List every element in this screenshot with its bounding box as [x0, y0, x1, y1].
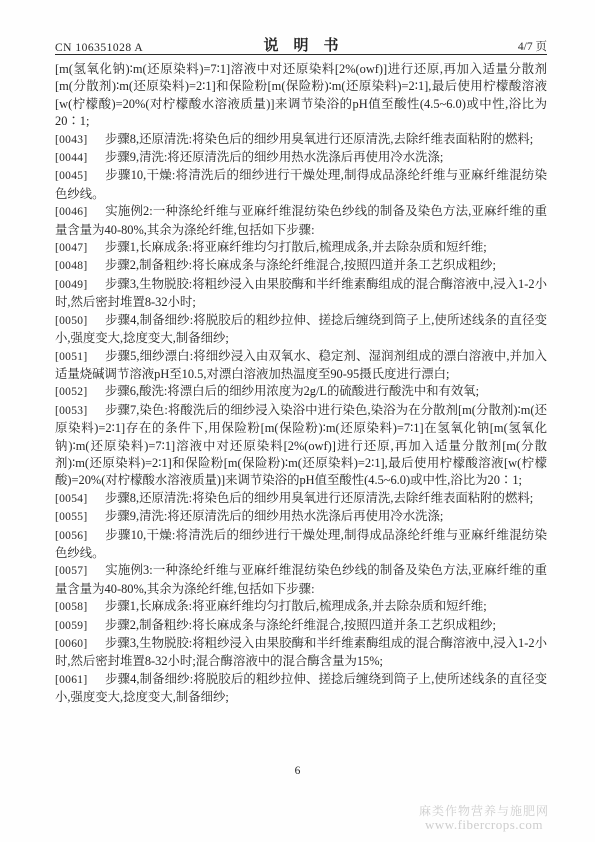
paragraph-text: 步骤6,酸洗:将漂白后的细纱用浓度为2g/L的硫酸进行酸洗中和有效氧;: [105, 384, 479, 398]
header-divider: [55, 54, 547, 55]
paragraph: [0043]步骤8,还原清洗:将染色后的细纱用臭氧进行还原清洗,去除纤维表面粘附…: [55, 131, 547, 149]
page-number: 6: [0, 765, 595, 777]
watermark-site-url: www.fibercrops.com: [419, 818, 549, 831]
paragraph-number: [0052]: [55, 384, 105, 401]
paragraph-text: 实施例3:一种涤纶纤维与亚麻纤维混纺染色纱线的制备及染色方法,亚麻纤维的重量含量…: [55, 563, 547, 595]
paragraph-text: 步骤7,染色:将酸洗后的细纱浸入染浴中进行染色,染浴为在分散剂[m(分散剂)∶m…: [55, 403, 547, 488]
paragraph-text: 步骤1,长麻成条:将亚麻纤维均匀打散后,梳理成条,并去除杂质和短纤维;: [105, 599, 487, 613]
paragraph: [0054]步骤8,还原清洗:将染色后的细纱用臭氧进行还原清洗,去除纤维表面粘附…: [55, 490, 547, 508]
paragraph-number: [0057]: [55, 563, 105, 580]
paragraph: [0053]步骤7,染色:将酸洗后的细纱浸入染浴中进行染色,染浴为在分散剂[m(…: [55, 402, 547, 490]
paragraph-number: [0058]: [55, 599, 105, 616]
paragraph: [0045]步骤10,干燥:将清洗后的细纱进行干燥处理,制得成品涤纶纤维与亚麻纤…: [55, 167, 547, 203]
paragraph: [0048]步骤2,制备粗纱:将长麻成条与涤纶纤维混合,按照四道并条工艺织成粗纱…: [55, 257, 547, 275]
paragraph: [0044]步骤9,清洗:将还原清洗后的细纱用热水洗涤后再使用冷水洗涤;: [55, 149, 547, 167]
paragraph-number: [0056]: [55, 528, 105, 545]
paragraph: [0047]步骤1,长麻成条:将亚麻纤维均匀打散后,梳理成条,并去除杂质和短纤维…: [55, 239, 547, 257]
paragraph-number: [0059]: [55, 618, 105, 635]
specification-body: [m(氢氧化钠)∶m(还原染料)=7∶1]溶液中对还原染料[2%(owf)]进行…: [55, 61, 547, 707]
paragraph: [0051]步骤5,细纱漂白:将细纱浸入由双氧水、稳定剂、湿润剂组成的漂白溶液中…: [55, 348, 547, 384]
paragraph-text: 步骤9,清洗:将还原清洗后的细纱用热水洗涤后再使用冷水洗涤;: [105, 509, 443, 523]
paragraph-number: [0053]: [55, 403, 105, 420]
paragraph-number: [0054]: [55, 491, 105, 508]
paragraph-text: 步骤8,还原清洗:将染色后的细纱用臭氧进行还原清洗,去除纤维表面粘附的燃料;: [105, 491, 533, 505]
paragraph-number: [0047]: [55, 240, 105, 257]
paragraph-text: 步骤9,清洗:将还原清洗后的细纱用热水洗涤后再使用冷水洗涤;: [105, 150, 443, 164]
paragraph-number: [0061]: [55, 672, 105, 689]
paragraph-text: 步骤1,长麻成条:将亚麻纤维均匀打散后,梳理成条,并去除杂质和短纤维;: [105, 240, 487, 254]
paragraph: [0050]步骤4,制备细纱:将脱胶后的粗纱拉伸、搓捻后缠绕到筒子上,使所述线条…: [55, 312, 547, 348]
paragraph-text: 步骤4,制备细纱:将脱胶后的粗纱拉伸、搓捻后缠绕到筒子上,使所述线条的直径变小,…: [55, 672, 547, 704]
paragraph-text: 步骤8,还原清洗:将染色后的细纱用臭氧进行还原清洗,去除纤维表面粘附的燃料;: [105, 132, 533, 146]
paragraph: [0060]步骤3,生物脱胶:将粗纱浸入由果胶酶和半纤维素酶组成的混合酶溶液中,…: [55, 635, 547, 671]
paragraph-number: [0050]: [55, 313, 105, 330]
paragraph-number: [0055]: [55, 509, 105, 526]
paragraph-text: 步骤10,干燥:将清洗后的细纱进行干燥处理,制得成品涤纶纤维与亚麻纤维混纺染色纱…: [55, 168, 547, 200]
paragraph: [0059]步骤2,制备粗纱:将长麻成条与涤纶纤维混合,按照四道并条工艺织成粗纱…: [55, 617, 547, 635]
paragraph-text: 步骤2,制备粗纱:将长麻成条与涤纶纤维混合,按照四道并条工艺织成粗纱;: [105, 258, 496, 272]
paragraph: [0052]步骤6,酸洗:将漂白后的细纱用浓度为2g/L的硫酸进行酸洗中和有效氧…: [55, 383, 547, 401]
paragraph: [m(氢氧化钠)∶m(还原染料)=7∶1]溶液中对还原染料[2%(owf)]进行…: [55, 61, 547, 131]
paragraph-number: [0043]: [55, 132, 105, 149]
watermark: 麻类作物营养与施肥网 www.fibercrops.com: [419, 805, 549, 831]
paragraph: [0049]步骤3,生物脱胶:将粗纱浸入由果胶酶和半纤维素酶组成的混合酶溶液中,…: [55, 276, 547, 312]
paragraph-text: 步骤5,细纱漂白:将细纱浸入由双氧水、稳定剂、湿润剂组成的漂白溶液中,并加入适量…: [55, 349, 547, 381]
paragraph-number: [0046]: [55, 204, 105, 221]
document-title: 说明书: [248, 34, 353, 55]
paragraph-number: [0060]: [55, 636, 105, 653]
paragraph-text: 步骤3,生物脱胶:将粗纱浸入由果胶酶和半纤维素酶组成的混合酶溶液中,浸入1-2小…: [55, 277, 547, 309]
patent-specification-page: CN 106351028 A 说明书 4/7 页 [m(氢氧化钠)∶m(还原染料…: [0, 0, 595, 842]
paragraph-text: 步骤4,制备细纱:将脱胶后的粗纱拉伸、搓捻后缠绕到筒子上,使所述线条的直径变小,…: [55, 313, 547, 345]
paragraph-text: 步骤10,干燥:将清洗后的细纱进行干燥处理,制得成品涤纶纤维与亚麻纤维混纺染色纱…: [55, 528, 547, 560]
paragraph: [0057]实施例3:一种涤纶纤维与亚麻纤维混纺染色纱线的制备及染色方法,亚麻纤…: [55, 562, 547, 598]
paragraph-text: 步骤2,制备粗纱:将长麻成条与涤纶纤维混合,按照四道并条工艺织成粗纱;: [105, 618, 496, 632]
paragraph: [0056]步骤10,干燥:将清洗后的细纱进行干燥处理,制得成品涤纶纤维与亚麻纤…: [55, 527, 547, 563]
paragraph-number: [0049]: [55, 277, 105, 294]
paragraph-number: [0045]: [55, 168, 105, 185]
paragraph-number: [0044]: [55, 150, 105, 167]
paragraph-number: [0048]: [55, 258, 105, 275]
paragraph: [0055]步骤9,清洗:将还原清洗后的细纱用热水洗涤后再使用冷水洗涤;: [55, 508, 547, 526]
paragraph-text: [m(氢氧化钠)∶m(还原染料)=7∶1]溶液中对还原染料[2%(owf)]进行…: [55, 62, 547, 128]
paragraph-text: 步骤3,生物脱胶:将粗纱浸入由果胶酶和半纤维素酶组成的混合酶溶液中,浸入1-2小…: [55, 636, 547, 668]
paragraph-number: [0051]: [55, 349, 105, 366]
publication-number: CN 106351028 A: [55, 42, 143, 54]
paragraph: [0061]步骤4,制备细纱:将脱胶后的粗纱拉伸、搓捻后缠绕到筒子上,使所述线条…: [55, 671, 547, 707]
sheet-indicator: 4/7 页: [518, 38, 547, 54]
page-header: CN 106351028 A 说明书 4/7 页: [55, 36, 547, 54]
paragraph: [0058]步骤1,长麻成条:将亚麻纤维均匀打散后,梳理成条,并去除杂质和短纤维…: [55, 598, 547, 616]
paragraph: [0046]实施例2:一种涤纶纤维与亚麻纤维混纺染色纱线的制备及染色方法,亚麻纤…: [55, 203, 547, 239]
paragraph-text: 实施例2:一种涤纶纤维与亚麻纤维混纺染色纱线的制备及染色方法,亚麻纤维的重量含量…: [55, 204, 547, 236]
